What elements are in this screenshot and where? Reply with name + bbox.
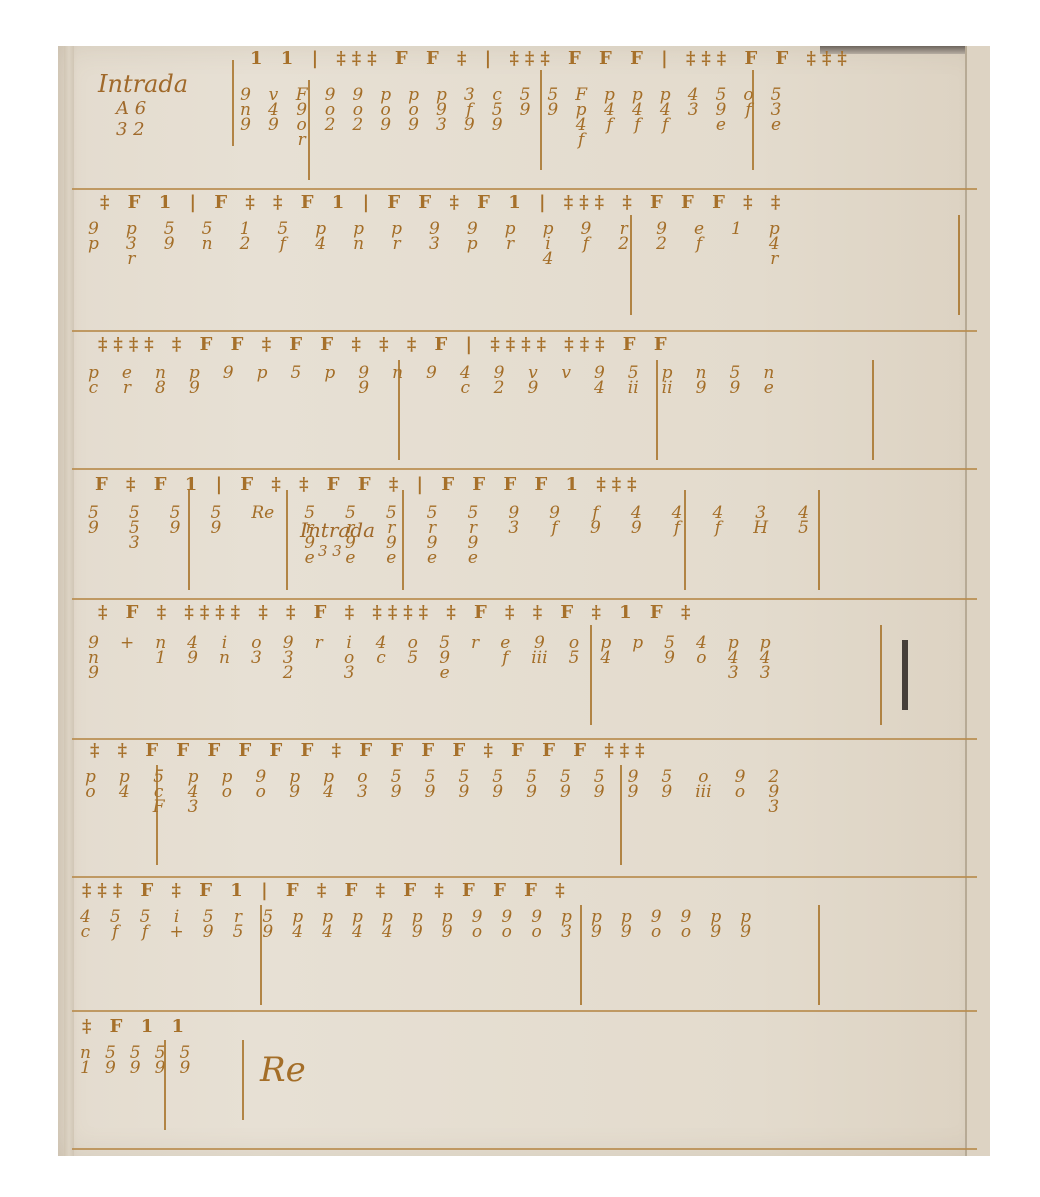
system-4-notes: 595535959Re5r9e5r9e5r9e5r9e5r9e939ff9494… xyxy=(88,506,839,566)
tablature-chord: 59 xyxy=(130,1046,141,1076)
tablature-chord: f9 xyxy=(590,506,601,536)
tablature-chord: 59e xyxy=(716,88,727,133)
system-7-notes: 4c5f5fi+59r559p4p4p4p4p9p99o9o9op3p9p99o… xyxy=(80,910,770,940)
tablature-chord: 3H xyxy=(753,506,768,536)
tablature-chord: p4f xyxy=(632,88,643,133)
heading-sub: A 6 xyxy=(116,98,188,119)
tablature-chord: p4f xyxy=(660,88,671,133)
tablature-chord: 59 xyxy=(179,1046,190,1076)
bar-line xyxy=(260,905,262,1005)
tablature-chord: r2 xyxy=(618,222,629,252)
tablature-chord: 12 xyxy=(240,222,251,252)
tablature-chord: 9p xyxy=(88,222,99,252)
system-8-rhythm: ‡ F 1 1 xyxy=(82,1016,190,1037)
tablature-chord: i+ xyxy=(169,910,183,940)
tablature-chord: po9 xyxy=(408,88,419,133)
tablature-chord: 1 xyxy=(731,222,742,237)
tablature-chord: io3 xyxy=(344,636,355,681)
tablature-chord: p xyxy=(257,366,268,381)
tablature-chord: 4c xyxy=(376,636,387,666)
tablature-chord: p9 xyxy=(740,910,751,940)
tablature-chord: 59 xyxy=(164,222,175,252)
tablature-chord: 5r9e xyxy=(304,506,315,566)
tablature-chord: 4f xyxy=(672,506,683,536)
bar-line xyxy=(620,765,622,865)
tablature-chord: p9 xyxy=(289,770,300,800)
tablature-chord: 59 xyxy=(425,770,436,800)
tablature-chord: 9p xyxy=(467,222,478,252)
bar-line xyxy=(242,1040,244,1120)
tablature-chord: 59 xyxy=(492,770,503,800)
tablature-chord: p9 xyxy=(442,910,453,940)
bar-line xyxy=(656,360,658,460)
tablature-chord: 5cF xyxy=(153,770,165,815)
tablature-chord: p4 xyxy=(322,910,333,940)
tablature-chord: pc xyxy=(88,366,99,396)
tablature-chord: 5 xyxy=(291,366,302,381)
system-3-notes: pcern8p99p5p99n94c92v9v945iipiin959ne xyxy=(88,366,797,396)
bar-line xyxy=(684,490,686,590)
tablature-chord: 49 xyxy=(631,506,642,536)
system-2-rhythm: ‡ F 1 | F ‡ ‡ F 1 | F F ‡ F 1 | ‡‡‡ ‡ F … xyxy=(100,192,786,213)
tablature-chord: 5ii xyxy=(628,366,639,396)
ruled-line xyxy=(72,1010,977,1012)
tablature-chord: po xyxy=(221,770,232,800)
tablature-chord: 59e xyxy=(439,636,450,681)
tablature-chord: 93 xyxy=(508,506,519,536)
tablature-chord: 93 xyxy=(429,222,440,252)
tablature-chord: 53e xyxy=(771,88,782,133)
tablature-chord: p9 xyxy=(710,910,721,940)
tablature-chord: 9iii xyxy=(531,636,547,666)
bar-line xyxy=(580,905,582,1005)
tablature-chord: 59 xyxy=(729,366,740,396)
tablature-chord: 92 xyxy=(494,366,505,396)
tablature-chord: o3 xyxy=(357,770,368,800)
system-7-rhythm: ‡‡‡ F ‡ F 1 | F ‡ F ‡ F ‡ F F F ‡ xyxy=(82,880,571,901)
tablature-chord: 9o xyxy=(681,910,692,940)
tablature-chord: 59 xyxy=(391,770,402,800)
ruled-line xyxy=(72,188,977,190)
tablature-chord: 5r9e xyxy=(468,506,479,566)
tablature-chord: 5r9e xyxy=(386,506,397,566)
tablature-chord: p4f xyxy=(604,88,615,133)
tablature-chord: 9o xyxy=(501,910,512,940)
tablature-chord: 4c xyxy=(80,910,91,940)
tablature-chord: 59 xyxy=(458,770,469,800)
ruled-line xyxy=(72,468,977,470)
tablature-chord: p3 xyxy=(561,910,572,940)
tablature-chord: Re xyxy=(251,506,274,521)
tablature-chord: ne xyxy=(763,366,774,396)
ruled-line xyxy=(72,598,977,600)
tablature-chord: 3f9 xyxy=(464,88,475,133)
tablature-chord: 59 xyxy=(664,636,675,666)
tablature-chord: p43 xyxy=(728,636,739,681)
ruled-line xyxy=(72,1148,977,1150)
bar-line xyxy=(590,625,592,725)
bar-line xyxy=(398,360,400,460)
tablature-chord: p xyxy=(632,636,643,651)
tablature-chord: p93 xyxy=(436,88,447,133)
tablature-chord: 9o xyxy=(735,770,746,800)
tablature-chord: r xyxy=(315,636,323,651)
tablature-chord: 99 xyxy=(358,366,369,396)
tablature-chord: 9n9 xyxy=(240,88,251,133)
system-4-rhythm: F ‡ F 1 | F ‡ ‡ F F ‡ | F F F F 1 ‡‡‡ xyxy=(95,474,643,495)
bar-line xyxy=(872,360,874,460)
tablature-chord: o5 xyxy=(407,636,418,666)
tablature-chord: er xyxy=(122,366,132,396)
tablature-chord: 5r9e xyxy=(345,506,356,566)
system-1-notes: 9n9v49F9or9o29o2po9po9p933f9c595959Fp4fp… xyxy=(240,88,798,148)
tablature-chord: r xyxy=(471,636,479,651)
system-6-rhythm: ‡ ‡ F F F F F F ‡ F F F F ‡ F F F ‡‡‡ xyxy=(90,740,651,761)
tablature-chord: n8 xyxy=(155,366,166,396)
bar-line xyxy=(232,60,234,146)
tablature-chord: 59 xyxy=(203,910,214,940)
tablature-chord: ef xyxy=(694,222,704,252)
tablature-chord: p9 xyxy=(591,910,602,940)
tablature-chord: n9 xyxy=(696,366,707,396)
tablature-chord: p4 xyxy=(600,636,611,666)
tablature-chord: p43 xyxy=(760,636,771,681)
tablature-chord: 932 xyxy=(283,636,294,681)
tablature-chord: 99 xyxy=(628,770,639,800)
tablature-chord: 9 xyxy=(223,366,234,381)
dark-ink-mark xyxy=(902,640,908,710)
tablature-chord: 9o xyxy=(651,910,662,940)
tablature-chord: 293 xyxy=(768,770,779,815)
tablature-chord: n1 xyxy=(155,636,166,666)
bar-line xyxy=(188,490,190,590)
bar-line xyxy=(958,215,960,315)
ruled-line xyxy=(72,330,977,332)
adjacent-page-edge xyxy=(965,46,990,1156)
tablature-chord: 59 xyxy=(88,506,99,536)
tablature-chord: 9f xyxy=(549,506,560,536)
tablature-chord: 59 xyxy=(661,770,672,800)
tablature-chord: 45 xyxy=(798,506,809,536)
tablature-chord: n1 xyxy=(80,1046,91,1076)
tablature-chord: 59 xyxy=(170,506,181,536)
tablature-chord: 9n9 xyxy=(88,636,99,681)
tablature-chord: o5 xyxy=(569,636,580,666)
tablature-chord: 4f xyxy=(712,506,723,536)
system-6-notes: pop45cFp43po9op9p4o3595959595959599959oi… xyxy=(85,770,802,815)
tablature-chord: 59 xyxy=(594,770,605,800)
tablature-chord: pi4 xyxy=(543,222,554,267)
tablature-chord: pn xyxy=(353,222,364,252)
tablature-chord: 59 xyxy=(262,910,273,940)
bar-line xyxy=(818,905,820,1005)
tablature-chord: 49 xyxy=(187,636,198,666)
bar-line xyxy=(308,80,310,180)
tablature-chord: po9 xyxy=(380,88,391,133)
bar-line xyxy=(286,490,288,590)
tablature-chord: 59 xyxy=(520,88,531,118)
tablature-chord: p3r xyxy=(126,222,137,267)
tablature-chord: v9 xyxy=(528,366,539,396)
bar-line xyxy=(818,490,820,590)
tablature-chord: o3 xyxy=(251,636,262,666)
tablature-chord: ef xyxy=(500,636,510,666)
tablature-chord: F9or xyxy=(296,88,308,148)
system-1-rhythm: 1 1 | ‡‡‡ F F ‡ | ‡‡‡ F F F | ‡‡‡ F F ‡‡… xyxy=(250,48,853,69)
tablature-chord: oiii xyxy=(695,770,711,800)
tablature-chord: po xyxy=(85,770,96,800)
tablature-chord: p9 xyxy=(621,910,632,940)
bar-line xyxy=(630,215,632,315)
tablature-chord: in xyxy=(219,636,230,666)
tablature-chord: 9o xyxy=(255,770,266,800)
tablature-chord: c59 xyxy=(492,88,503,133)
tablature-chord: 59 xyxy=(210,506,221,536)
ruled-line xyxy=(72,876,977,878)
tablature-chord: p4 xyxy=(323,770,334,800)
tablature-chord: 5f xyxy=(140,910,151,940)
tablature-chord: pr xyxy=(505,222,516,252)
bar-line xyxy=(752,70,754,170)
tablature-chord: 9 xyxy=(426,366,437,381)
tablature-chord: 5f xyxy=(110,910,121,940)
tablature-chord: p4 xyxy=(315,222,326,252)
tablature-chord: 9o2 xyxy=(352,88,363,133)
bar-line xyxy=(164,1040,166,1130)
tablature-chord: Fp4f xyxy=(575,88,587,148)
system-3-rhythm: ‡‡‡‡ ‡ F F ‡ F F ‡ ‡ ‡ F | ‡‡‡‡ ‡‡‡ F F xyxy=(98,334,673,355)
tablature-chord: 9o xyxy=(531,910,542,940)
ending-flourish: Re xyxy=(260,1050,306,1090)
system-5-notes: 9n9+n149ino3932rio34co559eref9iiio5p4p59… xyxy=(88,636,792,681)
tablature-chord: p xyxy=(324,366,335,381)
tablature-chord: + xyxy=(120,636,134,651)
tablature-chord: pr xyxy=(391,222,402,252)
bar-line xyxy=(156,765,158,865)
tablature-chord: 5n xyxy=(202,222,213,252)
tablature-chord: 43 xyxy=(688,88,699,118)
system-5-rhythm: ‡ F ‡ ‡‡‡‡ ‡ ‡ F ‡ ‡‡‡‡ ‡ F ‡ ‡ F ‡ 1 F … xyxy=(98,602,696,623)
tablature-chord: 5f xyxy=(277,222,288,252)
heading-sub2: 3 2 xyxy=(116,119,188,140)
tablature-chord: v49 xyxy=(268,88,279,133)
tablature-chord: 9o2 xyxy=(325,88,336,133)
tablature-chord: p4 xyxy=(292,910,303,940)
tablature-chord: 9o xyxy=(472,910,483,940)
heading-intrada-1: Intrada A 6 3 2 xyxy=(98,70,188,140)
tablature-chord: 94 xyxy=(594,366,605,396)
tablature-chord: 5r9e xyxy=(427,506,438,566)
tablature-chord: p4 xyxy=(119,770,130,800)
tablature-chord: v xyxy=(561,366,571,381)
tablature-chord: 4o xyxy=(696,636,707,666)
tablature-chord: p9 xyxy=(189,366,200,396)
tablature-chord: p4r xyxy=(769,222,780,267)
tablature-chord: r5 xyxy=(233,910,244,940)
tablature-chord: 59 xyxy=(526,770,537,800)
tablature-chord: pii xyxy=(662,366,673,396)
tablature-chord: 59 xyxy=(560,770,571,800)
tablature-chord: 59 xyxy=(547,88,558,118)
tablature-chord: 553 xyxy=(129,506,140,551)
tablature-chord: 92 xyxy=(656,222,667,252)
tablature-chord: p43 xyxy=(188,770,199,815)
tablature-chord: 59 xyxy=(105,1046,116,1076)
tablature-chord: p4 xyxy=(382,910,393,940)
tablature-chord: 9f xyxy=(580,222,591,252)
system-2-notes: 9pp3r595n125fp4pnpr939pprpi49fr292ef1p4r xyxy=(88,222,807,267)
bar-line xyxy=(402,490,404,590)
tablature-chord: 4c xyxy=(460,366,471,396)
system-8-notes: n159595959 xyxy=(80,1046,204,1076)
tablature-chord: p4 xyxy=(352,910,363,940)
tablature-chord: p9 xyxy=(412,910,423,940)
heading-text: Intrada xyxy=(98,70,188,98)
bar-line xyxy=(540,70,542,170)
bar-line xyxy=(880,625,882,725)
